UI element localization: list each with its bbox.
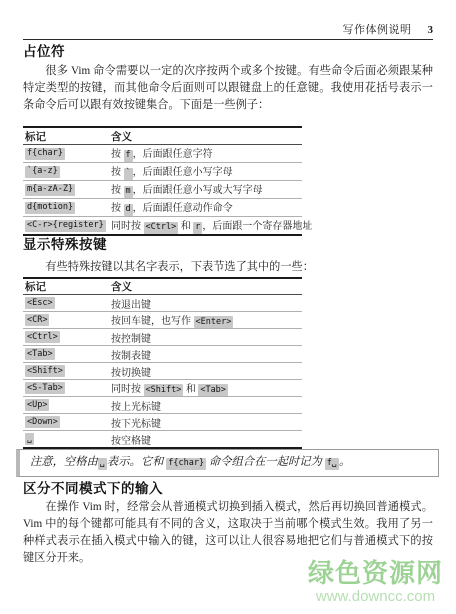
paragraph-special-keys: 有些特殊按键以其名字表示，下表节选了其中的一些： (23, 259, 433, 276)
table-row: <Up>按上光标键 (23, 397, 302, 414)
table-row: <C-r>{register}同时按 <Ctrl> 和 r，后面跟一个寄存器地址 (23, 217, 302, 234)
watermark: 绿色资源网 www.downcc.com (308, 560, 443, 605)
table-row: <Tab>按制表键 (23, 346, 302, 363)
table-header-meaning: 含义 (111, 279, 302, 294)
table-row: <CR>按回车键，也写作 <Enter> (23, 312, 302, 329)
mark-cell: m{a-zA-Z} (23, 183, 111, 196)
section-heading-special-keys: 显示特殊按键 (23, 237, 107, 253)
text-segment: 命令组合在一起时记为 (206, 456, 325, 468)
watermark-site-url: www.downcc.com (308, 589, 443, 605)
page-number: 3 (428, 24, 434, 36)
mark-cell: <CR> (23, 314, 111, 327)
meaning-cell: 同时按 <Ctrl> 和 r，后面跟一个寄存器地址 (111, 217, 312, 234)
text-segment: ，后面跟任意小写或大写字母 (133, 185, 263, 196)
table-row: <Esc>按退出键 (23, 295, 302, 312)
placeholder-notation-table: 标记 含义 f{char}按 f，后面跟任意字符`{a-z}按 `，后面跟任意小… (23, 126, 302, 236)
mark-cell: <S-Tab> (23, 382, 111, 395)
mark-cell: <Shift> (23, 365, 111, 378)
table-header-mark: 标记 (23, 129, 111, 144)
mark-cell: <Tab> (23, 348, 111, 361)
mark-cell: <Up> (23, 399, 111, 412)
keycap: <CR> (25, 314, 49, 326)
meaning-cell: 按 d，后面跟任意动作命令 (111, 199, 302, 216)
mark-cell: ␣ (23, 433, 111, 446)
text-segment: 同时按 (111, 221, 144, 232)
meaning-cell: 按制表键 (111, 347, 302, 362)
keycap: <Shift> (25, 365, 65, 377)
text-segment: 按控制键 (111, 334, 151, 345)
text-segment: 和 (178, 221, 193, 232)
keycap: <C-r>{register} (25, 220, 106, 232)
paragraph-placeholders: 很多 Vim 命令需要以一定的次序按两个或多个按键。有些命令后面必须跟某种特定类… (23, 63, 433, 114)
text-segment: ，后面跟一个寄存器地址 (202, 221, 312, 232)
keycap: `{a-z} (25, 166, 60, 178)
keycap: <Ctrl> (144, 222, 179, 234)
keycap: f (124, 150, 133, 162)
keycap: f␣ (325, 458, 339, 470)
page-header: 写作体例说明3 (23, 0, 433, 40)
text-segment: 按 (111, 185, 124, 196)
text-segment: ，后面跟任意字符 (133, 149, 213, 160)
keycap: <Esc> (25, 297, 55, 309)
keycap: <Up> (25, 399, 49, 411)
book-page: { "header": { "chapter_title": "写作体例说明",… (0, 0, 456, 614)
text-segment: 按空格键 (111, 436, 151, 447)
text-segment: ，后面跟任意小写字母 (133, 167, 233, 178)
meaning-cell: 按 `，后面跟任意小写字母 (111, 163, 302, 180)
meaning-cell: 按下光标键 (111, 415, 302, 430)
meaning-cell: 按上光标键 (111, 398, 302, 413)
table-header-row: 标记 含义 (23, 128, 302, 145)
table-row: d{motion}按 d，后面跟任意动作命令 (23, 199, 302, 217)
table-row: `{a-z}按 `，后面跟任意小写字母 (23, 163, 302, 181)
section-heading-placeholders: 占位符 (23, 44, 65, 60)
chapter-title: 写作体例说明 (343, 24, 412, 36)
text-segment: 按下光标键 (111, 419, 161, 430)
text-segment: 按回车键，也写作 (111, 316, 194, 327)
text-segment: 按切换键 (111, 368, 151, 379)
table-body: <Esc>按退出键<CR>按回车键，也写作 <Enter><Ctrl>按控制键<… (23, 295, 302, 447)
meaning-cell: 按控制键 (111, 330, 302, 345)
mark-cell: f{char} (23, 147, 111, 160)
table-row: <Ctrl>按控制键 (23, 329, 302, 346)
text-segment: 和 (183, 384, 198, 395)
note-box: 注意，空格由␣表示。它和 f{char} 命令组合在一起时记为 f␣。 (16, 449, 439, 477)
keycap: <Enter> (194, 316, 234, 328)
keycap: m (124, 186, 133, 198)
keycap: ` (124, 168, 133, 180)
keycap: d (124, 204, 133, 216)
table-row: <S-Tab>同时按 <Shift> 和 <Tab> (23, 380, 302, 397)
text-segment: 按 (111, 167, 124, 178)
section-heading-mode-input: 区分不同模式下的输入 (23, 481, 163, 497)
mark-cell: <C-r>{register} (23, 219, 111, 232)
meaning-cell: 按回车键，也写作 <Enter> (111, 312, 302, 329)
mark-cell: `{a-z} (23, 165, 111, 178)
meaning-cell: 按切换键 (111, 364, 302, 379)
text-segment: 按 (111, 149, 124, 160)
text-segment: ，后面跟任意动作命令 (133, 203, 233, 214)
mark-cell: <Down> (23, 416, 111, 429)
paragraph-mode-input: 在操作 Vim 时，经常会从普通模式切换到插入模式，然后再切换回普通模式。Vim… (23, 499, 433, 567)
note-text: 注意，空格由␣表示。它和 f{char} 命令组合在一起时记为 f␣。 (30, 456, 350, 468)
keycap: <Tab> (198, 384, 228, 396)
table-row: ␣按空格键 (23, 431, 302, 447)
table-row: <Shift>按切换键 (23, 363, 302, 380)
keycap: <Ctrl> (25, 331, 60, 343)
keycap: <Down> (25, 416, 60, 428)
text-segment: 注意，空格由 (30, 456, 98, 468)
meaning-cell: 按 f，后面跟任意字符 (111, 145, 302, 162)
watermark-site-name: 绿色资源网 (308, 560, 443, 587)
mark-cell: <Ctrl> (23, 331, 111, 344)
table-header-mark: 标记 (23, 279, 111, 294)
table-row: m{a-zA-Z}按 m，后面跟任意小写或大写字母 (23, 181, 302, 199)
text-segment: 按制表键 (111, 351, 151, 362)
meaning-cell: 按退出键 (111, 296, 302, 311)
text-segment: 按退出键 (111, 300, 151, 311)
table-row: f{char}按 f，后面跟任意字符 (23, 145, 302, 163)
keycap: f{char} (166, 458, 206, 470)
keycap: d{motion} (25, 202, 75, 214)
table-row: <Down>按下光标键 (23, 414, 302, 431)
table-header-meaning: 含义 (111, 129, 302, 144)
keycap: ␣ (25, 433, 34, 445)
keycap: <S-Tab> (25, 382, 65, 394)
meaning-cell: 按空格键 (111, 432, 302, 447)
mark-cell: d{motion} (23, 201, 111, 214)
special-keys-table: 标记 含义 <Esc>按退出键<CR>按回车键，也写作 <Enter><Ctrl… (23, 277, 302, 449)
text-segment: 。 (339, 456, 350, 468)
table-body: f{char}按 f，后面跟任意字符`{a-z}按 `，后面跟任意小写字母m{a… (23, 145, 302, 234)
text-segment: 同时按 (111, 384, 144, 395)
text-segment: 按上光标键 (111, 402, 161, 413)
keycap: r (193, 222, 202, 234)
keycap: <Shift> (144, 384, 184, 396)
text-segment: 按 (111, 203, 124, 214)
meaning-cell: 按 m，后面跟任意小写或大写字母 (111, 181, 302, 198)
keycap: ␣ (98, 458, 107, 470)
meaning-cell: 同时按 <Shift> 和 <Tab> (111, 380, 302, 397)
mark-cell: <Esc> (23, 297, 111, 310)
keycap: f{char} (25, 148, 65, 160)
keycap: <Tab> (25, 348, 55, 360)
keycap: m{a-zA-Z} (25, 184, 75, 196)
text-segment: 表示。它和 (107, 456, 166, 468)
table-header-row: 标记 含义 (23, 279, 302, 295)
